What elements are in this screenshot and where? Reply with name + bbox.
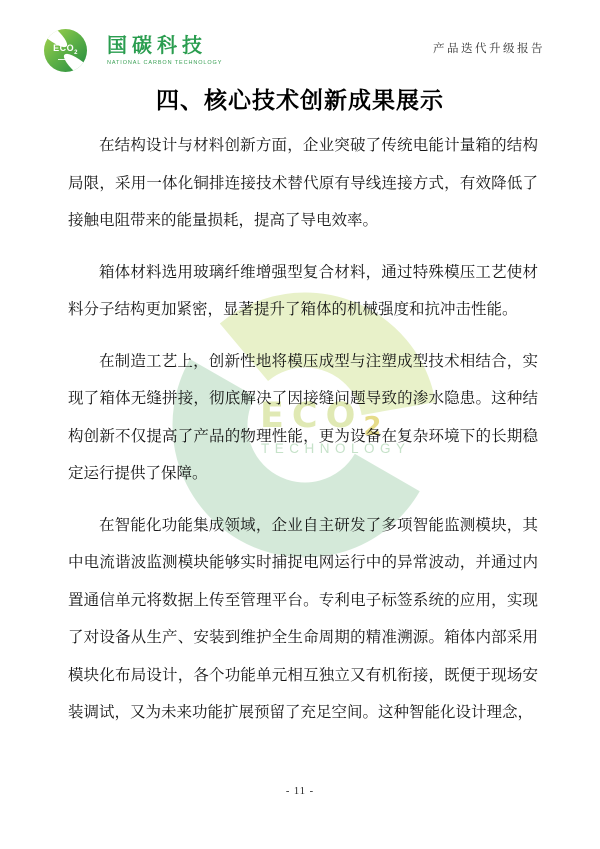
logo-wordmark: 国碳科技 NATIONAL CARBON TECHNOLOGY [107,35,222,66]
logo-eco-text: ECO [53,43,74,53]
report-title-label: 产品迭代升级报告 [433,40,545,56]
section-title: 四、核心技术创新成果展示 [0,82,600,115]
company-logo: ECO2 国碳科技 NATIONAL CARBON TECHNOLOGY [44,29,222,72]
logo-badge-underline [58,59,74,60]
page-header: ECO2 国碳科技 NATIONAL CARBON TECHNOLOGY 产品迭… [0,0,600,80]
page-number: - 11 - [0,786,600,797]
logo-badge-text: ECO2 [44,43,87,60]
eco-leaf-logo-icon: ECO2 [44,29,87,72]
paragraph-3: 在制造工艺上，创新性地将模压成型与注塑成型技术相结合，实现了箱体无缝拼接，彻底解… [68,343,538,493]
document-page: ECO2 国碳科技 NATIONAL CARBON TECHNOLOGY 产品迭… [0,0,600,849]
company-name-cn: 国碳科技 [107,35,222,57]
company-name-en: NATIONAL CARBON TECHNOLOGY [107,60,222,66]
body-text: 在结构设计与材料创新方面，企业突破了传统电能计量箱的结构局限，采用一体化铜排连接… [68,127,538,732]
paragraph-1: 在结构设计与材料创新方面，企业突破了传统电能计量箱的结构局限，采用一体化铜排连接… [68,127,538,240]
paragraph-2: 箱体材料选用玻璃纤维增强型复合材料，通过特殊模压工艺使材料分子结构更加紧密，显著… [68,254,538,329]
logo-eco-sub: 2 [74,50,78,56]
paragraph-4: 在智能化功能集成领域，企业自主研发了多项智能监测模块，其中电流谐波监测模块能够实… [68,507,538,732]
